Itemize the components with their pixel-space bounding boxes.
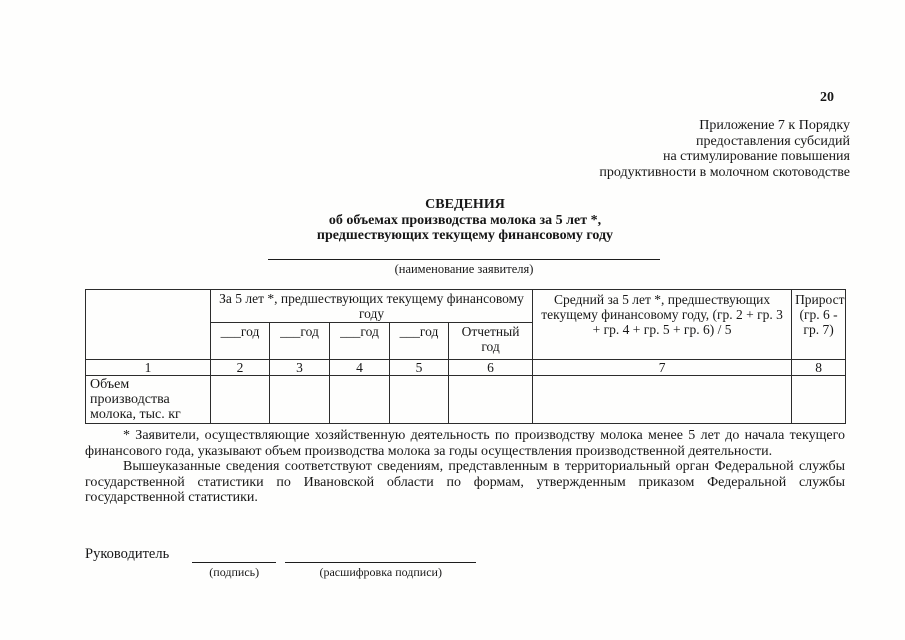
column-number: 2 bbox=[211, 360, 270, 376]
header-indicator-blank bbox=[86, 290, 211, 360]
milk-volume-cell-year1 bbox=[211, 376, 270, 424]
signature-sign-column: (подпись) bbox=[192, 546, 276, 580]
appendix-reference-block: Приложение 7 к Порядку предоставления су… bbox=[520, 118, 850, 180]
table-row: Объем производства молока, тыс. кг bbox=[86, 376, 846, 424]
milk-volume-cell-year2 bbox=[270, 376, 330, 424]
milk-volume-cell-year3 bbox=[330, 376, 390, 424]
header-average-col: Средний за 5 лет *, предшествующих текущ… bbox=[533, 290, 792, 360]
appendix-line: продуктивности в молочном скотоводстве bbox=[520, 165, 850, 181]
document-page: 20 Приложение 7 к Порядку предоставления… bbox=[0, 0, 905, 640]
appendix-line: Приложение 7 к Порядку bbox=[520, 118, 850, 134]
signature-decode-caption: (расшифровка подписи) bbox=[319, 565, 442, 580]
milk-production-table: За 5 лет *, предшествующих текущему фина… bbox=[85, 289, 846, 424]
page-number: 20 bbox=[820, 90, 834, 106]
document-title-block: СВЕДЕНИЯ об объемах производства молока … bbox=[85, 197, 845, 244]
appendix-line: предоставления субсидий bbox=[520, 134, 850, 150]
document-subtitle-line: предшествующих текущему финансовому году bbox=[85, 228, 845, 244]
column-number: 6 bbox=[449, 360, 533, 376]
milk-volume-cell-year4 bbox=[390, 376, 449, 424]
header-reporting-year: Отчетный год bbox=[449, 323, 533, 360]
footnote-paragraph: * Заявители, осуществляющие хозяйственну… bbox=[85, 428, 845, 459]
notes-block: * Заявители, осуществляющие хозяйственну… bbox=[85, 428, 845, 506]
signature-fill-line bbox=[285, 546, 476, 563]
column-number: 8 bbox=[792, 360, 846, 376]
signature-decode-column: (расшифровка подписи) bbox=[285, 546, 476, 580]
column-number: 3 bbox=[270, 360, 330, 376]
statement-paragraph: Вышеуказанные сведения соответствуют све… bbox=[85, 459, 845, 506]
signature-role-label: Руководитель bbox=[85, 546, 169, 563]
document-title: СВЕДЕНИЯ bbox=[85, 197, 845, 213]
signature-block: Руководитель (подпись) (расшифровка подп… bbox=[85, 546, 476, 580]
milk-volume-cell-growth bbox=[792, 376, 846, 424]
column-number: 1 bbox=[86, 360, 211, 376]
column-number: 7 bbox=[533, 360, 792, 376]
milk-volume-cell-average bbox=[533, 376, 792, 424]
header-growth-col: Прирост (гр. 6 - гр. 7) bbox=[792, 290, 846, 360]
document-subtitle-line: об объемах производства молока за 5 лет … bbox=[85, 213, 845, 229]
column-number: 4 bbox=[330, 360, 390, 376]
row-label-milk-volume: Объем производства молока, тыс. кг bbox=[86, 376, 211, 424]
header-five-years-group: За 5 лет *, предшествующих текущему фина… bbox=[211, 290, 533, 323]
column-number: 5 bbox=[390, 360, 449, 376]
header-year-blank: ___год bbox=[390, 323, 449, 360]
milk-volume-cell-reporting bbox=[449, 376, 533, 424]
appendix-line: на стимулирование повышения bbox=[520, 149, 850, 165]
header-year-blank: ___год bbox=[330, 323, 390, 360]
signature-fill-line bbox=[192, 546, 276, 563]
signature-sign-caption: (подпись) bbox=[209, 565, 259, 580]
applicant-name-fill-line bbox=[268, 243, 660, 260]
header-year-blank: ___год bbox=[211, 323, 270, 360]
applicant-name-caption: (наименование заявителя) bbox=[268, 262, 660, 277]
header-year-blank: ___год bbox=[270, 323, 330, 360]
